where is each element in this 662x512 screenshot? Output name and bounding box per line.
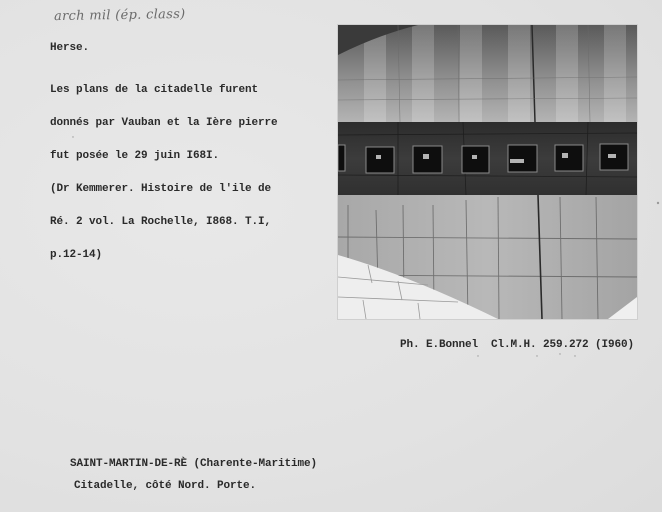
description-line: donnés par Vauban et la Ière pierre (50, 118, 278, 129)
description-line: Ré. 2 vol. La Rochelle, I868. T.I, (50, 217, 278, 228)
photo-credit: Ph. E.Bonnel Cl.M.H. 259.272 (I960) (400, 340, 634, 351)
description-line: Les plans de la citadelle furent (50, 85, 278, 96)
card-description: Les plans de la citadelle furent donnés … (50, 63, 278, 283)
photograph (338, 25, 637, 319)
archive-card: arch mil (ép. class) Herse. Les plans de… (0, 0, 662, 512)
description-line: fut posée le 29 juin I68I. (50, 151, 278, 162)
location-line-1: SAINT-MARTIN-DE-RÈ (Charente-Maritime) (70, 458, 317, 470)
location-line-2: Citadelle, côté Nord. Porte. (44, 481, 317, 492)
description-line: p.12-14) (50, 250, 278, 261)
photo-image (338, 25, 637, 319)
location-caption: SAINT-MARTIN-DE-RÈ (Charente-Maritime) C… (44, 448, 317, 512)
description-line: (Dr Kemmerer. Histoire de l'ile de (50, 184, 278, 195)
handwritten-note: arch mil (ép. class) (54, 7, 186, 24)
card-title: Herse. (50, 43, 89, 54)
